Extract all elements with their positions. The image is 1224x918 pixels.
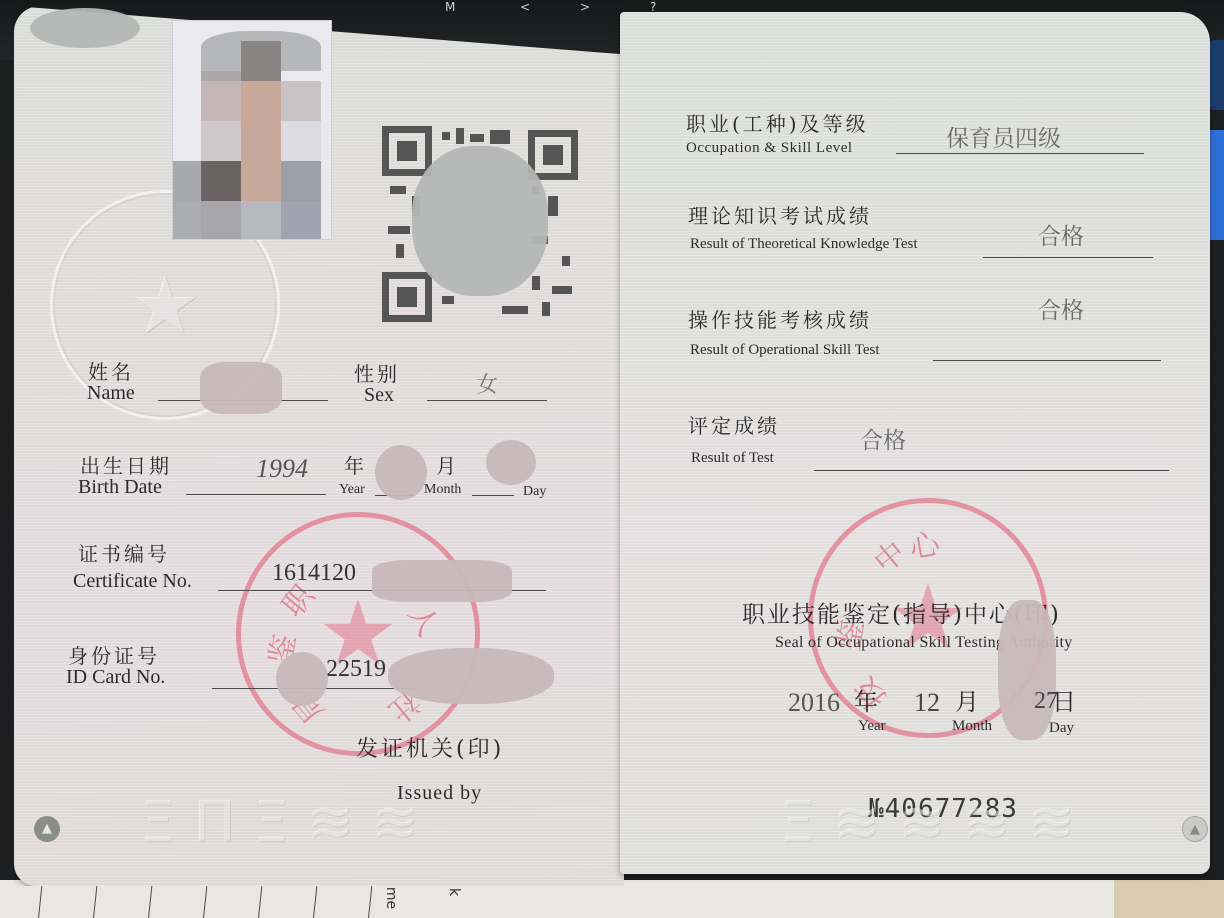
day-en: Day (523, 484, 546, 500)
redacted-certificate-no (372, 560, 512, 602)
issue-year-en: Year (858, 718, 886, 735)
redacted-region (412, 146, 548, 296)
id-card-no-value: 22519 (326, 656, 386, 683)
operational-test-line (933, 360, 1161, 361)
keyboard-key-dark (1210, 40, 1224, 110)
theory-test-value: 合格 (1038, 218, 1084, 251)
id-card-no-label-en: ID Card No. (66, 666, 165, 689)
issue-day-en: Day (1049, 720, 1074, 737)
occupation-value: 保育员四级 (946, 120, 1061, 153)
name-label-en: Name (87, 382, 135, 405)
issue-year-cn: 年 (854, 682, 881, 717)
overall-result-label-en: Result of Test (691, 450, 774, 467)
redacted-day (486, 440, 536, 485)
operational-test-label-en: Result of Operational Skill Test (690, 342, 880, 359)
certificate-no-label-en: Certificate No. (73, 570, 192, 593)
operational-test-label-cn: 操作技能考核成绩 (688, 304, 872, 333)
name-label-cn: 姓名 (88, 356, 134, 385)
keyboard-key: < (520, 0, 530, 14)
occupation-label-cn: 职业(工种)及等级 (686, 108, 869, 137)
month-en: Month (424, 482, 461, 498)
keyboard-key: > (580, 0, 590, 14)
certificate-no-value: 1614120 (272, 560, 356, 587)
redacted-authority (998, 600, 1056, 740)
birth-day-line (472, 495, 514, 496)
id-photo (172, 20, 332, 240)
birth-year-line (186, 494, 326, 495)
issue-month-en: Month (952, 718, 992, 735)
issue-month-value: 12 (914, 688, 940, 718)
sex-value: 女 (476, 368, 498, 399)
operational-test-value: 合格 (1038, 292, 1084, 325)
issue-year-value: 2016 (788, 688, 840, 718)
redacted-id-prefix (276, 652, 328, 706)
embossed-watermark: Ξ≋≋≋≋ (780, 790, 1093, 855)
birth-year-value: 1994 (256, 454, 308, 484)
up-arrow-circle-icon: ▲ (1182, 816, 1208, 842)
issue-day-cn: 日 (1052, 682, 1079, 717)
id-card-no-label-cn: 身份证号 (68, 640, 160, 669)
occupation-label-en: Occupation & Skill Level (686, 140, 853, 157)
month-cn: 月 (436, 450, 459, 479)
embossed-watermark: ΞΠΞ≋≋ (140, 790, 437, 855)
overall-result-value: 合格 (860, 422, 906, 455)
year-en: Year (339, 482, 365, 498)
year-cn: 年 (344, 450, 367, 479)
occupation-line (896, 153, 1144, 154)
sex-field-line (427, 400, 547, 401)
theory-test-line (983, 257, 1153, 258)
certificate-no-label-cn: 证书编号 (78, 538, 170, 567)
birth-date-label-cn: 出生日期 (80, 450, 172, 479)
overall-result-label-cn: 评定成绩 (688, 410, 780, 439)
theory-test-label-cn: 理论知识考试成绩 (688, 200, 872, 229)
notebook-text: ime (383, 883, 399, 909)
issued-by-label-cn: 发证机关(印) (356, 732, 504, 763)
redacted-month (375, 445, 427, 500)
redacted-name (200, 362, 282, 414)
keyboard-key: M (445, 0, 455, 14)
theory-test-label-en: Result of Theoretical Knowledge Test (690, 236, 918, 253)
redacted-id-suffix (388, 648, 554, 704)
overall-result-line (814, 470, 1169, 471)
issue-month-cn: 月 (955, 682, 982, 717)
sex-label-en: Sex (364, 384, 394, 407)
notebook-text: k (446, 888, 462, 896)
redacted-region (30, 8, 140, 48)
birth-date-label-en: Birth Date (78, 476, 162, 499)
sex-label-cn: 性别 (354, 358, 400, 387)
issuer-seal: ★ 职 鉴 局 社 人 (236, 512, 480, 756)
up-arrow-circle-icon: ▲ (34, 816, 60, 842)
